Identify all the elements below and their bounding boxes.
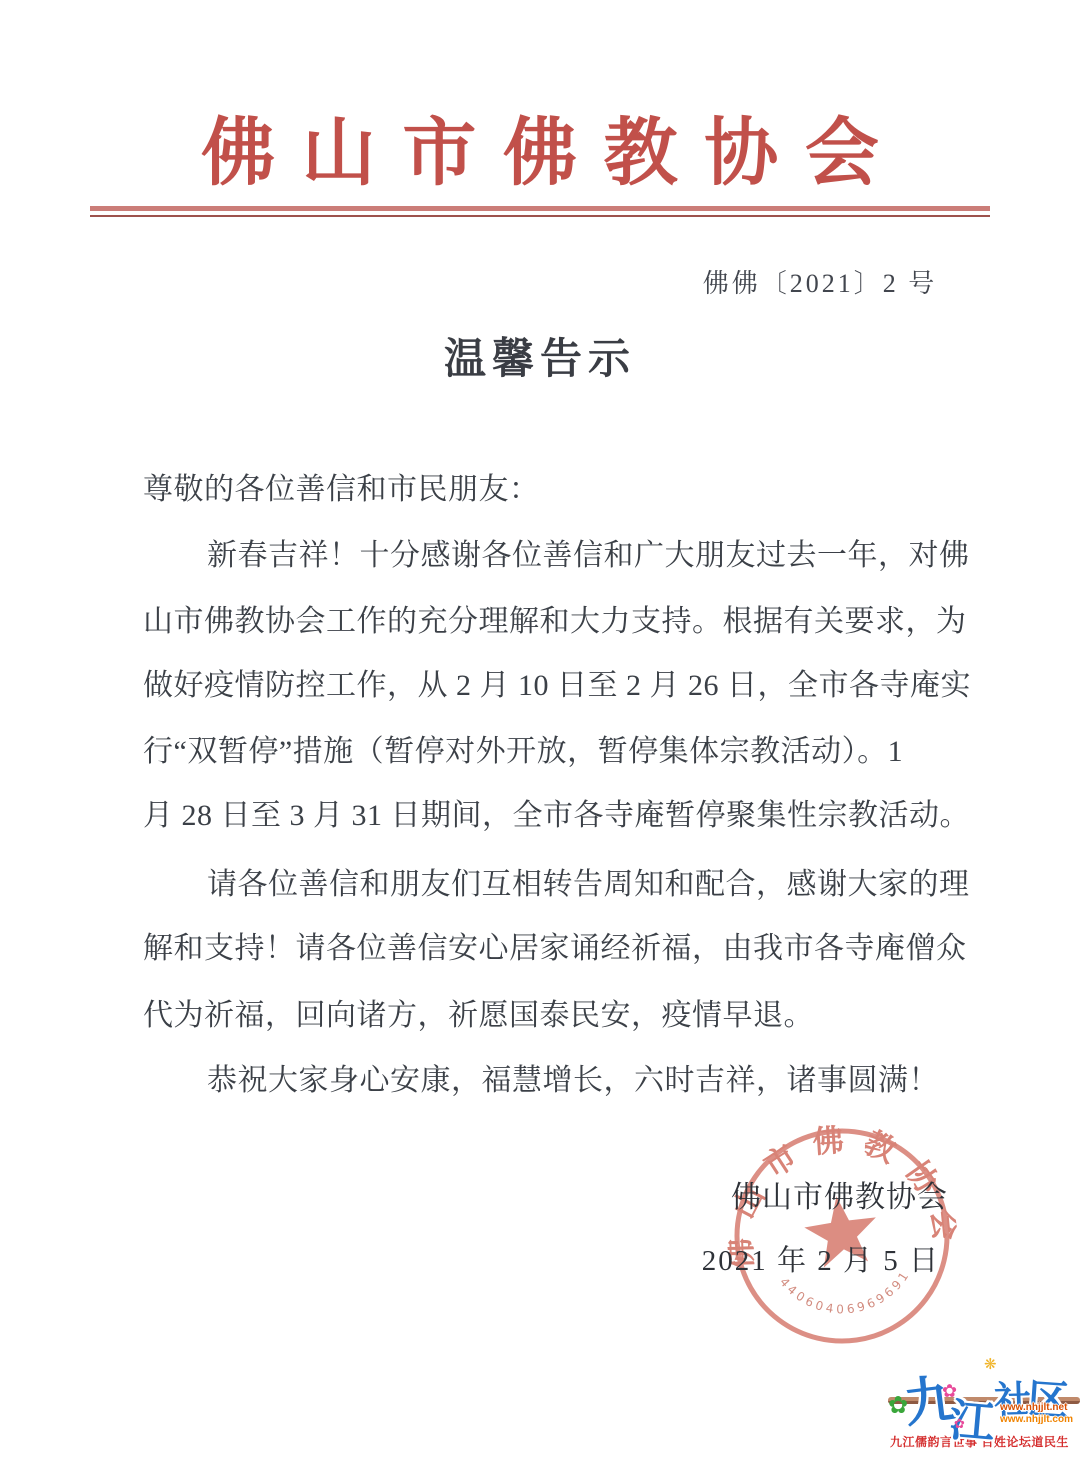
- closing-date: 2021 年 2 月 5 日: [680, 1238, 940, 1279]
- body-line: 解和支持！请各位善信安心居家诵经祈福，由我市各寺庵僧众: [143, 923, 957, 967]
- body-line: 行“双暂停”措施（暂停对外开放，暂停集体宗教活动）。1: [143, 726, 957, 770]
- divider-thin-line: [90, 215, 990, 217]
- body-line: 请各位善信和朋友们互相转告周知和配合，感谢大家的理: [143, 859, 957, 903]
- body-line-blessing: 恭祝大家身心安康，福慧增长，六时吉祥，诸事圆满！: [143, 1055, 957, 1099]
- notice-title: 温馨告示: [0, 326, 1080, 386]
- body-line: 代为祈福，回向诸方，祈愿国泰民安，疫情早退。: [143, 990, 957, 1034]
- letterhead-org-title: 佛山市佛教协会: [0, 114, 1080, 195]
- flower-icon: ✿: [954, 1417, 965, 1432]
- body-line: 新春吉祥！十分感谢各位善信和广大朋友过去一年，对佛: [143, 530, 957, 574]
- watermark-url-net: www.nhjjlt.net: [1000, 1402, 1067, 1413]
- body-line-salutation: 尊敬的各位善信和市民朋友：: [143, 464, 957, 508]
- watermark-url-com: www.nhjjlt.com: [1000, 1414, 1073, 1425]
- flower-icon: ✿: [888, 1391, 908, 1419]
- document-number: 佛佛〔2021〕2 号: [620, 263, 1020, 300]
- official-seal-stamp: 佛山市佛教协会 44060406969691: [712, 1106, 972, 1366]
- body-line: 山市佛教协会工作的充分理解和大力支持。根据有关要求，为: [143, 596, 957, 640]
- closing-signature: 佛山市佛教协会: [690, 1172, 948, 1216]
- body-line: 月 28 日至 3 月 31 日期间，全市各寺庵暂停聚集性宗教活动。: [143, 790, 957, 834]
- body-line: 做好疫情防控工作，从 2 月 10 日至 2 月 26 日，全市各寺庵实: [143, 660, 957, 704]
- jiujiang-community-watermark-logo: ✿ ✿ ❋ ✿ 九 江 社 区 www.nhjjlt.net www.nhjjl…: [888, 1355, 1080, 1457]
- sparkle-icon: ❋: [984, 1355, 997, 1373]
- official-document-page: 佛山市佛教协会 佛佛〔2021〕2 号 温馨告示 尊敬的各位善信和市民朋友： 新…: [0, 0, 1080, 1457]
- letterhead-divider: [90, 206, 990, 217]
- flower-icon: ✿: [942, 1381, 957, 1402]
